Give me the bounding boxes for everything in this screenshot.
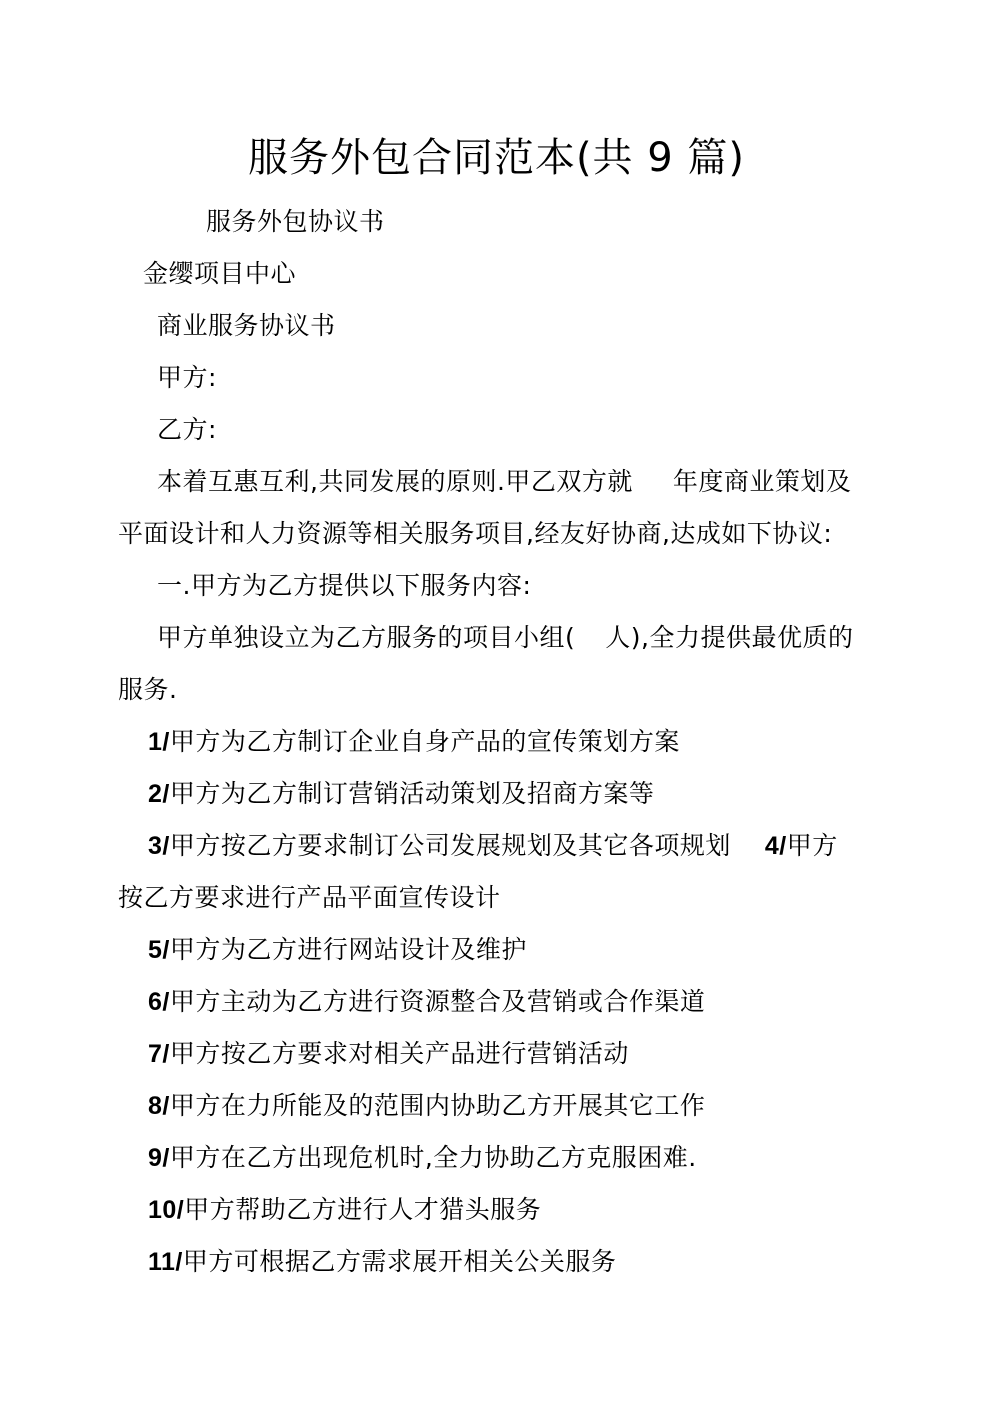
service-item-6: 6/甲方主动为乙方进行资源整合及营销或合作渠道 [148, 984, 705, 1020]
document-page: 服务外包合同范本(共 9 篇) 服务外包协议书 金缨项目中心 商业服务协议书 甲… [0, 0, 993, 1404]
service-text: 甲方按乙方要求制订公司发展规划及其它各项规划 [170, 831, 731, 860]
intro-text-part-2: 年度商业策划及 [673, 467, 852, 496]
service-text: 甲方帮助乙方进行人才猎头服务 [184, 1195, 541, 1224]
team-clause-line-1: 甲方单独设立为乙方服务的项目小组(人),全力提供最优质的 [157, 620, 853, 656]
intro-line-1: 本着互惠互利,共同发展的原则.甲乙双方就年度商业策划及 [157, 464, 851, 500]
team-clause-part-1: 甲方单独设立为乙方服务的项目小组( [157, 623, 575, 652]
service-item-4-continued: 按乙方要求进行产品平面宣传设计 [118, 880, 501, 916]
service-number: 7/ [148, 1040, 170, 1068]
service-number: 6/ [148, 988, 170, 1016]
intro-line-2: 平面设计和人力资源等相关服务项目,经友好协商,达成如下协议: [118, 516, 832, 552]
party-b-label: 乙方: [157, 412, 217, 448]
service-text: 甲方为乙方制订企业自身产品的宣传策划方案 [170, 727, 680, 756]
service-number: 4/ [765, 832, 787, 860]
service-number: 2/ [148, 780, 170, 808]
document-title: 服务外包合同范本(共 9 篇) [0, 128, 993, 188]
service-item-11: 11/甲方可根据乙方需求展开相关公关服务 [148, 1244, 616, 1280]
service-text: 甲方 [787, 831, 838, 860]
section-1-heading: 一.甲方为乙方提供以下服务内容: [157, 568, 531, 604]
team-clause-part-2: 人),全力提供最优质的 [605, 623, 853, 652]
service-number: 8/ [148, 1092, 170, 1120]
service-text: 甲方主动为乙方进行资源整合及营销或合作渠道 [170, 987, 706, 1016]
service-text: 甲方在乙方出现危机时,全力协助乙方克服困难. [170, 1143, 697, 1172]
team-clause-line-2: 服务. [118, 672, 177, 708]
service-item-1: 1/甲方为乙方制订企业自身产品的宣传策划方案 [148, 724, 680, 760]
service-number: 10/ [148, 1196, 184, 1224]
service-item-3-and-4: 3/甲方按乙方要求制订公司发展规划及其它各项规划4/甲方 [148, 828, 838, 864]
service-item-7: 7/甲方按乙方要求对相关产品进行营销活动 [148, 1036, 629, 1072]
party-a-label: 甲方: [157, 360, 217, 396]
service-item-5: 5/甲方为乙方进行网站设计及维护 [148, 932, 527, 968]
service-text: 甲方在力所能及的范围内协助乙方开展其它工作 [170, 1091, 706, 1120]
intro-text-part-1: 本着互惠互利,共同发展的原则.甲乙双方就 [157, 467, 633, 496]
service-item-2: 2/甲方为乙方制订营销活动策划及招商方案等 [148, 776, 654, 812]
service-item-9: 9/甲方在乙方出现危机时,全力协助乙方克服困难. [148, 1140, 697, 1176]
document-subtitle: 服务外包协议书 [206, 204, 385, 240]
service-text: 甲方按乙方要求对相关产品进行营销活动 [170, 1039, 629, 1068]
service-text: 甲方为乙方制订营销活动策划及招商方案等 [170, 779, 655, 808]
service-number: 9/ [148, 1144, 170, 1172]
service-number: 3/ [148, 832, 170, 860]
service-item-10: 10/甲方帮助乙方进行人才猎头服务 [148, 1192, 541, 1228]
service-number: 11/ [148, 1248, 183, 1276]
service-item-8: 8/甲方在力所能及的范围内协助乙方开展其它工作 [148, 1088, 705, 1124]
service-text: 甲方可根据乙方需求展开相关公关服务 [183, 1247, 617, 1276]
service-text: 甲方为乙方进行网站设计及维护 [170, 935, 527, 964]
service-number: 1/ [148, 728, 170, 756]
service-number: 5/ [148, 936, 170, 964]
agreement-name: 商业服务协议书 [157, 308, 336, 344]
organization-name: 金缨项目中心 [143, 256, 296, 292]
